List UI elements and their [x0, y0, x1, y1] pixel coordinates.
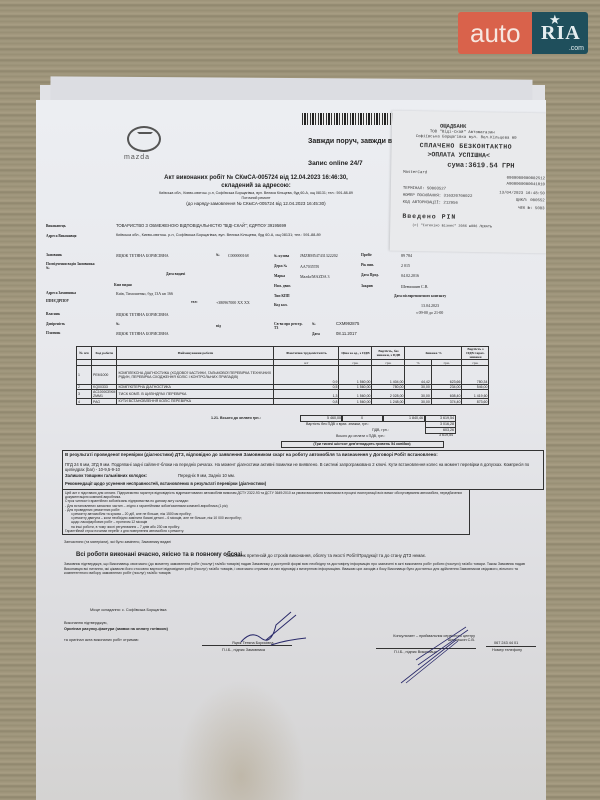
cell-gross: 1 248,00	[372, 399, 405, 404]
parts-note: Запчастини (та матеріали), які було замі…	[64, 540, 171, 544]
cell-n: 4	[77, 399, 92, 404]
cell-disc: 374,40	[431, 399, 462, 404]
cell-price: 1 560,00	[339, 399, 372, 404]
cell-hours: 0,8	[274, 399, 339, 404]
cell-n: 3	[77, 390, 92, 399]
place: Місце складання: с. Софіївська Борщагівк…	[90, 608, 167, 612]
warranty-conditions: Цей акт є підставою для оплати. Підприєм…	[62, 489, 470, 535]
cell-n: 1	[77, 366, 92, 385]
table-row: 1PЕМ1000КОМПЛЕКСНА ДІАГНОСТИКА (ХОДОВОЇ …	[77, 366, 489, 385]
cell-gross: 2 028,00	[372, 390, 405, 399]
watermark-auto: auto	[458, 12, 532, 54]
customer: ЯЦЮК ТЕТЯНА БОРИСІВНА	[116, 253, 169, 258]
cell-code: PAG	[92, 399, 117, 404]
watermark: auto ★ RIA .com	[458, 12, 588, 54]
receipt-sum: сума:3619.54 ГРН	[447, 162, 514, 171]
total-label: 1.21. Всього до оплати грн.:	[211, 416, 261, 420]
receipt-paid: СПЛАЧЕНО БЕЗКОНТАКТНО	[420, 142, 513, 151]
table-row: 3AC1000СЕКМ ZMM1ТИСК КОМП. В ЦИЛІНДРАХ П…	[77, 390, 489, 399]
completion-statement: Всі роботи виконані вчасно, якісно та в …	[76, 552, 244, 558]
cell-name: ТИСК КОМП. В ЦИЛІНДРАХ ПЕРЕВІРКА	[117, 390, 274, 399]
cell-disc_pct: 30,00	[405, 390, 431, 399]
act-address: Київська обл., Києво-святош. р-н, Софіїв…	[46, 191, 466, 207]
cell-name: КОМПЛЕКСНА ДІАГНОСТИКА (ХОДОВОЇ ЧАСТИНИ,…	[117, 366, 274, 385]
works-table: № п/п Код роботи Найменування роботи Фак…	[76, 346, 489, 405]
total-in-words: (Три тисячі шістсот дев'ятнадцять гривен…	[281, 441, 444, 448]
cell-hours: 0,9	[274, 366, 339, 385]
cell-price: 1 560,00	[339, 366, 372, 385]
owner: ЯЦЮК ТЕТЯНА БОРИСІВНА	[116, 312, 169, 317]
cell-code: PЕМ1000	[92, 366, 117, 385]
receipt-bank: ОЩАДБАНК	[440, 122, 467, 129]
consultant-phone: 067 243 44 01	[494, 641, 518, 645]
shadow	[176, 680, 306, 800]
model: Mazda/MAZDA 3	[300, 274, 329, 279]
mazda-logo: mazda	[124, 126, 161, 161]
discount-total: 1 840,46	[382, 415, 425, 422]
cell-disc: 608,40	[431, 390, 462, 399]
customer-signature	[236, 610, 316, 650]
watermark-ria: ★ RIA .com	[532, 12, 588, 54]
cell-gross: 1 404,00	[372, 366, 405, 385]
registration-number: CXM992875	[336, 321, 359, 326]
table-header: № п/п Код роботи Найменування роботи Фак…	[77, 347, 489, 360]
phone: +380967000 XX XX	[216, 300, 250, 305]
vin: JMZBM547431322202	[300, 253, 338, 258]
customer-confirmation: Замовник підтверджує, що Виконавець своє…	[64, 562, 534, 576]
payer: ЯЦЮК ТЕТЯНА БОРИСІВНА	[116, 331, 169, 336]
act-document: mazda Завжди поруч, завжди вигідно. Запи…	[36, 100, 546, 800]
cell-disc_pct: 30,00	[405, 399, 431, 404]
cell-disc_pct: 44,42	[405, 366, 431, 385]
online-booking: Запис online 24/7	[308, 160, 363, 167]
receipt-status: >ОПЛАТА УСПІШНА<	[427, 151, 490, 159]
act-title: Акт виконаних робіт № СКмСА-005724 від 1…	[76, 174, 436, 190]
cell-code: AC1000СЕКМ ZMM1	[92, 390, 117, 399]
cell-net: 780,34	[462, 366, 489, 385]
cell-name: КУТИ ВСТАНОВЛЕННЯ КОЛІС ПЕРЕВІРКА	[117, 399, 274, 404]
cell-disc: 623,66	[431, 366, 462, 385]
year: 2 015	[401, 263, 410, 268]
cell-net: 873,60	[462, 399, 489, 404]
cell-hours: 1,3	[274, 390, 339, 399]
consultant-signature	[396, 625, 486, 685]
gross-total: 5 460,00	[300, 415, 343, 422]
diagnostics-block: В результаті проведеної перевірки (діагн…	[62, 450, 544, 490]
table-row: 4PAGКУТИ ВСТАНОВЛЕННЯ КОЛІС ПЕРЕВІРКА0,8…	[77, 399, 489, 404]
mazda-emblem-icon	[127, 126, 161, 152]
executor: ТОВАРИСТВО З ОБМЕЖЕНОЮ ВІДПОВІДАЛЬНІСТЮ …	[116, 223, 286, 228]
mileage: 89 784	[401, 253, 412, 258]
total-with-vat: 3 619,54	[425, 433, 454, 438]
receipt-pin: Введено PIN	[402, 213, 456, 221]
cell-net: 1 419,60	[462, 390, 489, 399]
plate: AA7035TB	[300, 264, 319, 269]
cell-price: 1 560,00	[339, 390, 372, 399]
